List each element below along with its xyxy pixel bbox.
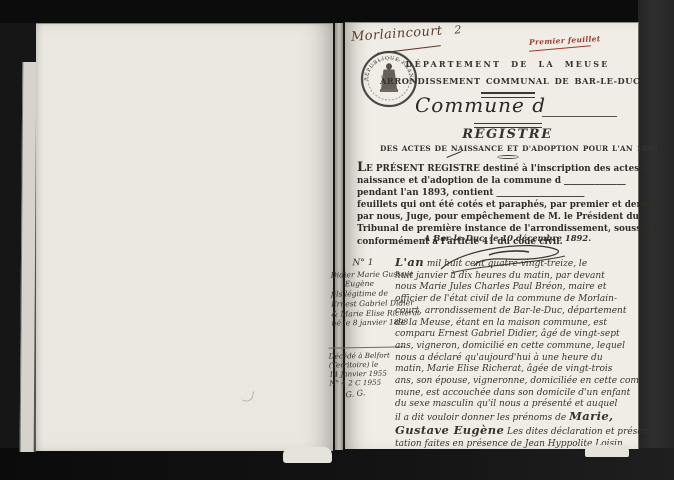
act-line: de la Meuse, étant en la maison commune,… — [395, 318, 637, 330]
act-line: L'an mil huit cent quatre-vingt-treize, … — [395, 257, 637, 271]
commune-annotation-name: Morlaincourt — [351, 24, 443, 45]
act-line: nous a déclaré qu'aujourd'hui à une heur… — [395, 353, 637, 365]
act-line-initial: L'an — [395, 255, 424, 269]
register-subtitle: DES ACTES DE NAISSANCE ET D'ADOPTION POU… — [380, 144, 635, 153]
paragraph-line: LE PRÉSENT REGISTRE destiné à l'inscript… — [357, 162, 629, 175]
act-margin-notes: N° 1 Didier Marie Gustave Eugène fils lé… — [330, 258, 403, 328]
act-line: huit janvier à dix heures du matin, par … — [395, 271, 637, 283]
act-line: court, arrondissement de Bar-le-Duc, dép… — [395, 306, 637, 318]
commune-blank-line: Commune d — [415, 93, 546, 117]
commune-fill-line — [542, 116, 617, 117]
commune-annotation-number: 2 — [454, 23, 462, 36]
scanner-background-top — [0, 0, 674, 23]
page-corner-tab — [585, 445, 629, 457]
act-line: nous Marie Jules Charles Paul Bréon, mai… — [395, 282, 637, 294]
paragraph-line: feuillets qui ont été cotés et paraphés,… — [357, 199, 629, 211]
birth-act-text: L'an mil huit cent quatre-vingt-treize, … — [395, 257, 637, 450]
margin-filiation: né le 8 janvier 1893 — [331, 318, 403, 329]
scanner-background-bottom — [0, 448, 674, 480]
commune-annotation: Morlaincourt2 — [351, 22, 463, 45]
act-line-text: Les dites déclaration et présen- — [504, 427, 651, 437]
subtitle-ornament — [497, 155, 519, 159]
paragraph-line: pendant l'an 1893, contient ____________… — [357, 187, 629, 199]
page-corner-tab — [283, 447, 332, 463]
register-title: REGISTRE — [380, 127, 635, 142]
paragraph-line: naissance et d'adoption de la commune d … — [357, 175, 629, 187]
act-line: Gustave Eugène Les dites déclaration et … — [395, 425, 637, 439]
act-line: matin, Marie Elise Richerat, âgée de vin… — [395, 364, 637, 376]
act-line: comparu Ernest Gabriel Didier, âgé de vi… — [395, 329, 637, 341]
act-line: officier de l'état civil de la commune d… — [395, 294, 637, 306]
act-line: mune, est accouchée dans son domicile d'… — [395, 388, 637, 400]
act-line: ans, vigneron, domicilié en cette commun… — [395, 341, 637, 353]
child-first-name: Marie, — [569, 409, 613, 423]
margin-filiation: Ernest Gabriel Didier — [331, 298, 403, 309]
scanned-register-page: Morlaincourt2 RÉPUBLIQUE FRANÇAISE Premi… — [0, 0, 674, 480]
act-line: ans, son épouse, vigneronne, domiciliée … — [395, 376, 637, 388]
death-margin-note: Décédé à Belfort (Territoire) le 14 Janv… — [329, 346, 406, 396]
arrondissement-heading: ARRONDISSEMENT COMMUNAL DE BAR-LE-DUC — [380, 76, 635, 86]
paragraph-line: par nous, Juge, pour empêchement de M. l… — [357, 211, 629, 223]
department-heading: DÉPARTEMENT DE LA MEUSE — [380, 59, 635, 69]
left-blank-page — [36, 23, 333, 451]
scanner-background-right — [638, 0, 674, 480]
child-middle-names: Gustave Eugène — [395, 423, 504, 437]
act-line-text: il a dit vouloir donner les prénoms de — [395, 413, 569, 423]
faint-pencil-mark — [242, 389, 255, 403]
right-page: Morlaincourt2 RÉPUBLIQUE FRANÇAISE Premi… — [345, 22, 639, 449]
margin-child-name: Didier Marie Gustave — [331, 269, 403, 280]
act-line-text: mil huit cent quatre-vingt-treize, le — [424, 259, 587, 269]
